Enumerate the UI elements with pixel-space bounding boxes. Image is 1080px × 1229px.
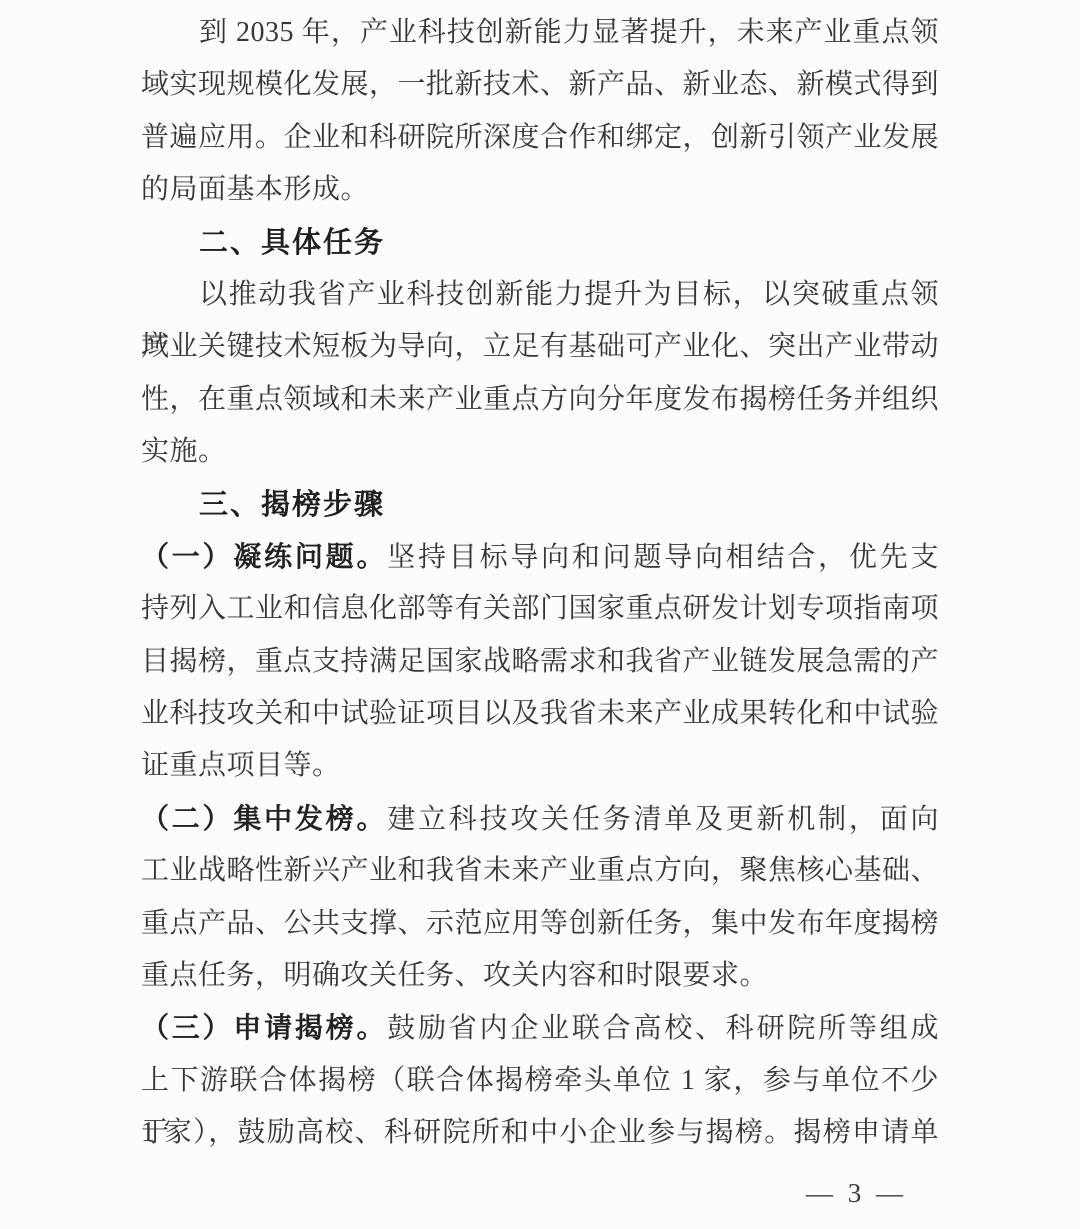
text-line: 以推动我省产业科技创新能力提升为目标，以突破重点领域 (141, 269, 939, 321)
document-page: 到 2035 年，产业科技创新能力显著提升，未来产业重点领域实现规模化发展，一批… (0, 0, 1080, 1229)
text-line: （一）凝练问题。坚持目标导向和问题导向相结合，优先支 (141, 531, 939, 583)
text-line: 产业关键技术短板为导向，立足有基础可产业化、突出产业带动 (141, 321, 939, 373)
section-heading: 二、具体任务 (141, 217, 939, 269)
text-line: 重点任务，明确攻关任务、攻关内容和时限要求。 (141, 950, 939, 1002)
text-line: （三）申请揭榜。鼓励省内企业联合高校、科研院所等组成 (141, 1002, 939, 1054)
text-line: 的局面基本形成。 (141, 164, 939, 216)
text-line: 1 家），鼓励高校、科研院所和中小企业参与揭榜。揭榜申请单 (141, 1107, 939, 1159)
text-line: 重点产品、公共支撑、示范应用等创新任务，集中发布年度揭榜 (141, 898, 939, 950)
text-line: 上下游联合体揭榜（联合体揭榜牵头单位 1 家，参与单位不少于 (141, 1055, 939, 1107)
text-line: 域实现规模化发展，一批新技术、新产品、新业态、新模式得到 (141, 59, 939, 111)
text-line: 证重点项目等。 (141, 740, 939, 792)
text-line: 目揭榜，重点支持满足国家战略需求和我省产业链发展急需的产 (141, 636, 939, 688)
section-heading: 三、揭榜步骤 (141, 479, 939, 531)
text-line: 持列入工业和信息化部等有关部门国家重点研发计划专项指南项 (141, 583, 939, 635)
text-line: 性，在重点领域和未来产业重点方向分年度发布揭榜任务并组织 (141, 374, 939, 426)
document-body: 到 2035 年，产业科技创新能力显著提升，未来产业重点领域实现规模化发展，一批… (141, 7, 939, 1160)
page-number: — 3 — (806, 1173, 907, 1213)
text-line: 普遍应用。企业和科研院所深度合作和绑定，创新引领产业发展 (141, 112, 939, 164)
bold-lead-in: （一）凝练问题。 (141, 541, 387, 572)
text-line: 业科技攻关和中试验证项目以及我省未来产业成果转化和中试验 (141, 688, 939, 740)
bold-lead-in: （三）申请揭榜。 (141, 1012, 387, 1043)
text-line: （二）集中发榜。建立科技攻关任务清单及更新机制，面向 (141, 793, 939, 845)
text-line: 工业战略性新兴产业和我省未来产业重点方向，聚焦核心基础、 (141, 845, 939, 897)
text-line: 实施。 (141, 426, 939, 478)
text-line: 到 2035 年，产业科技创新能力显著提升，未来产业重点领 (141, 7, 939, 59)
bold-lead-in: （二）集中发榜。 (141, 803, 387, 834)
